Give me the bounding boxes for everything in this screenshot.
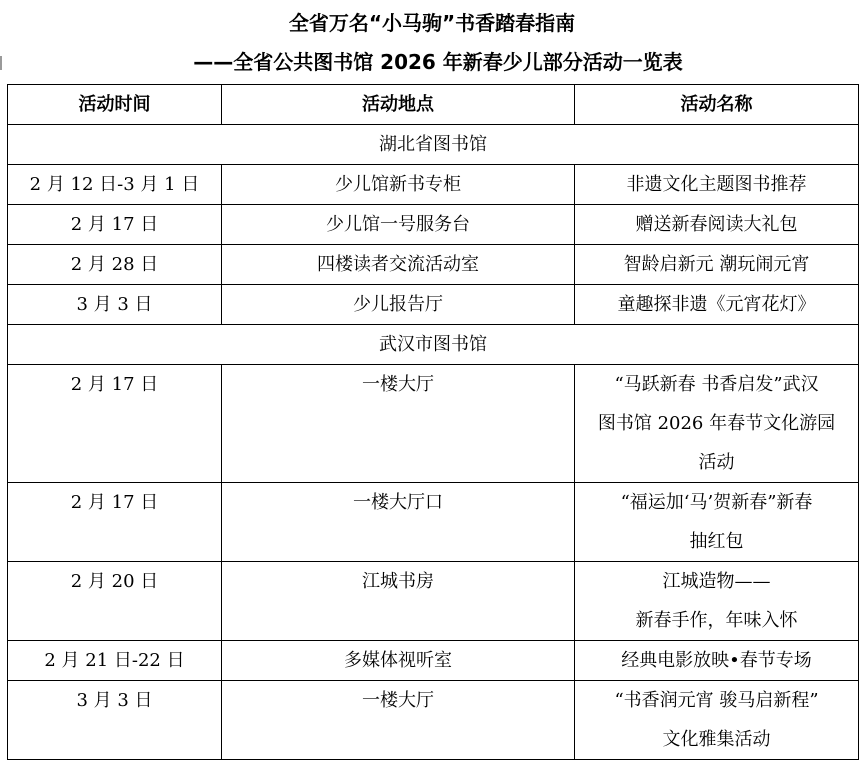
table-row: 3 月 3 日 少儿报告厅 童趣探非遗《元宵花灯》 (8, 285, 859, 325)
activity-place: 少儿馆一号服务台 (222, 205, 575, 245)
activity-name: 赠送新春阅读大礼包 (575, 205, 859, 245)
activity-name: 智龄启新元 潮玩闹元宵 (575, 245, 859, 285)
activity-name: 非遗文化主题图书推荐 (575, 165, 859, 205)
document-title: 全省万名“小马驹”书香踏春指南 (0, 9, 864, 37)
activity-table: 活动时间 活动地点 活动名称 湖北省图书馆 2 月 12 日-3 月 1 日 少… (7, 84, 859, 760)
activity-place: 江城书房 (222, 562, 575, 641)
table-row: 2 月 17 日 一楼大厅 “马跃新春 书香启发”武汉 图书馆 2026 年春节… (8, 365, 859, 483)
activity-time: 2 月 20 日 (8, 562, 222, 641)
section-title: 武汉市图书馆 (8, 325, 859, 365)
activity-place: 多媒体视听室 (222, 641, 575, 681)
activity-name-line: 童趣探非遗《元宵花灯》 (579, 285, 854, 324)
activity-name: “福运加‘马’贺新春”新春 抽红包 (575, 483, 859, 562)
table-row: 2 月 20 日 江城书房 江城造物—— 新春手作，年味入怀 (8, 562, 859, 641)
activity-place: 少儿馆新书专柜 (222, 165, 575, 205)
activity-name: 经典电影放映•春节专场 (575, 641, 859, 681)
activity-name: “马跃新春 书香启发”武汉 图书馆 2026 年春节文化游园 活动 (575, 365, 859, 483)
activity-place: 四楼读者交流活动室 (222, 245, 575, 285)
activity-name-line: “书香润元宵 骏马启新程” (579, 681, 854, 720)
activity-time: 2 月 28 日 (8, 245, 222, 285)
document-subtitle: ——全省公共图书馆 2026 年新春少儿部分活动一览表 (6, 48, 864, 76)
activity-name: 童趣探非遗《元宵花灯》 (575, 285, 859, 325)
activity-name-line: 抽红包 (579, 522, 854, 561)
activity-name-line: 文化雅集活动 (579, 720, 854, 759)
activity-name-line: “马跃新春 书香启发”武汉 (579, 365, 854, 404)
activity-name-line: 图书馆 2026 年春节文化游园 (579, 404, 854, 443)
activity-name: 江城造物—— 新春手作，年味入怀 (575, 562, 859, 641)
activity-name-line: 赠送新春阅读大礼包 (579, 205, 854, 244)
table-row: 2 月 28 日 四楼读者交流活动室 智龄启新元 潮玩闹元宵 (8, 245, 859, 285)
activity-name-line: “福运加‘马’贺新春”新春 (579, 483, 854, 522)
section-title: 湖北省图书馆 (8, 125, 859, 165)
activity-name-line: 非遗文化主题图书推荐 (579, 165, 854, 204)
table-row: 2 月 17 日 一楼大厅口 “福运加‘马’贺新春”新春 抽红包 (8, 483, 859, 562)
activity-time: 3 月 3 日 (8, 285, 222, 325)
table-row: 2 月 17 日 少儿馆一号服务台 赠送新春阅读大礼包 (8, 205, 859, 245)
activity-time: 2 月 17 日 (8, 205, 222, 245)
activity-place: 一楼大厅 (222, 365, 575, 483)
activity-time: 3 月 3 日 (8, 681, 222, 760)
section-row-wuhan: 武汉市图书馆 (8, 325, 859, 365)
activity-place: 一楼大厅 (222, 681, 575, 760)
activity-time: 2 月 21 日-22 日 (8, 641, 222, 681)
activity-name: “书香润元宵 骏马启新程” 文化雅集活动 (575, 681, 859, 760)
table-header-row: 活动时间 活动地点 活动名称 (8, 85, 859, 125)
header-activity-name: 活动名称 (575, 85, 859, 125)
activity-place: 一楼大厅口 (222, 483, 575, 562)
page-edge-mark (0, 56, 2, 70)
activity-name-line: 活动 (579, 443, 854, 482)
table-row: 2 月 21 日-22 日 多媒体视听室 经典电影放映•春节专场 (8, 641, 859, 681)
activity-place: 少儿报告厅 (222, 285, 575, 325)
activity-name-line: 智龄启新元 潮玩闹元宵 (579, 245, 854, 284)
activity-time: 2 月 17 日 (8, 365, 222, 483)
activity-name-line: 新春手作，年味入怀 (579, 601, 854, 640)
table-row: 2 月 12 日-3 月 1 日 少儿馆新书专柜 非遗文化主题图书推荐 (8, 165, 859, 205)
table-row: 3 月 3 日 一楼大厅 “书香润元宵 骏马启新程” 文化雅集活动 (8, 681, 859, 760)
activity-time: 2 月 12 日-3 月 1 日 (8, 165, 222, 205)
activity-time: 2 月 17 日 (8, 483, 222, 562)
section-row-hubei: 湖北省图书馆 (8, 125, 859, 165)
header-activity-time: 活动时间 (8, 85, 222, 125)
header-activity-place: 活动地点 (222, 85, 575, 125)
activity-name-line: 经典电影放映•春节专场 (579, 641, 854, 680)
activity-name-line: 江城造物—— (579, 562, 854, 601)
